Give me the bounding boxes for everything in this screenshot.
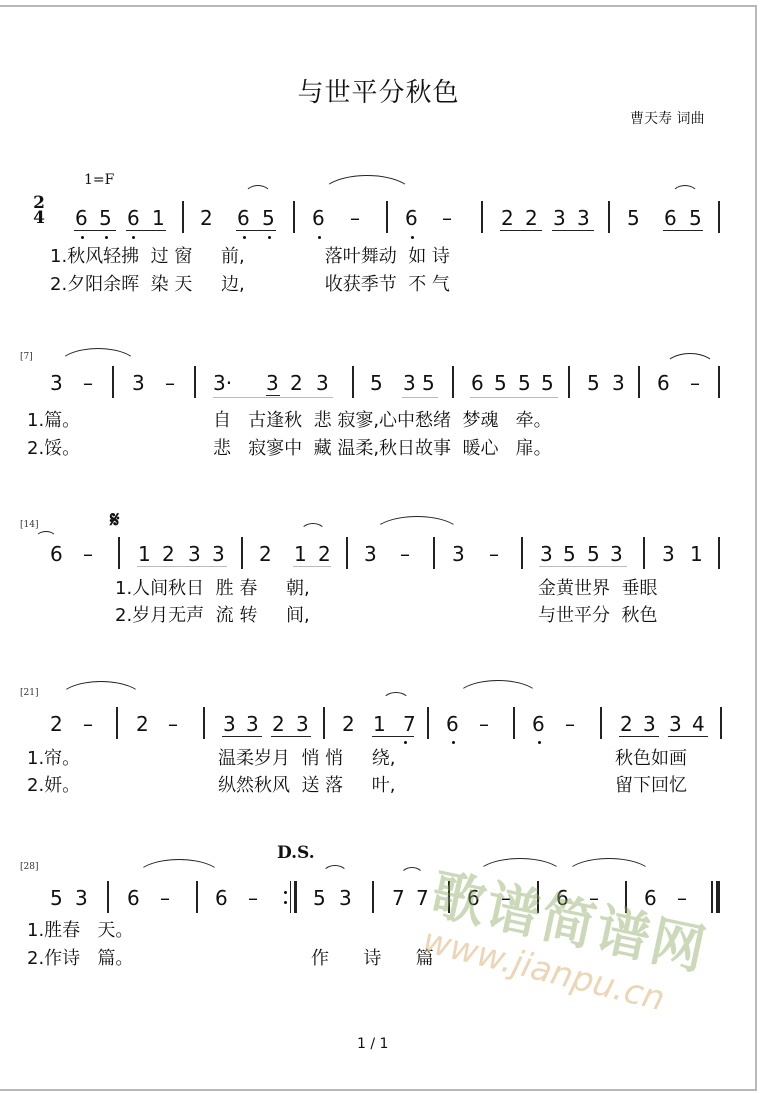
note: 6 — [471, 372, 484, 394]
note: 3 — [669, 713, 682, 735]
barline — [118, 537, 120, 569]
lyric-verse-2: 2.妍。 — [27, 775, 80, 797]
beam — [222, 736, 262, 737]
note: 3 — [540, 543, 553, 565]
barline — [427, 707, 429, 739]
barline — [203, 707, 205, 739]
note: 5 — [99, 207, 112, 229]
note: 5 — [689, 207, 702, 229]
lyric-verse-2-cont: 悲 寂寥中 藏 温柔,秋日故事 暖心 扉。 — [213, 438, 552, 460]
note: 6 — [127, 887, 140, 909]
lyric-verse-2-cont: 与世平分 秋色 — [538, 605, 657, 627]
note: 3 — [188, 543, 201, 565]
note: 5 — [313, 887, 326, 909]
low-octave-dot — [132, 236, 135, 239]
repeat-dot — [284, 891, 287, 894]
note: 2 — [200, 207, 213, 229]
note: 3 — [132, 372, 145, 394]
note: 3 — [643, 713, 656, 735]
lyric-verse-2-end: 留下回忆 — [615, 775, 687, 797]
low-octave-dot — [404, 741, 407, 744]
note: 2 — [620, 713, 633, 735]
beam — [137, 566, 227, 567]
low-octave-dot — [452, 741, 455, 744]
note: – — [350, 207, 360, 229]
note: 6 — [405, 207, 418, 229]
lyric-verse-2: 2.馁。 — [27, 438, 80, 460]
repeat-barline-thin — [290, 881, 291, 913]
note: 3 — [223, 713, 236, 735]
note: 5 — [262, 207, 275, 229]
dal-segno-mark: D.S. — [277, 843, 315, 863]
barline — [182, 201, 184, 233]
lyric-verse-1: 1.人间秋日 胜 春 朝, — [115, 578, 310, 600]
note: 3 — [553, 207, 566, 229]
segno-sign: 𝄋 — [110, 507, 119, 533]
note: 2 — [318, 543, 331, 565]
barline — [600, 707, 602, 739]
note: 7 — [403, 713, 416, 735]
lyric-verse-1: 1.胜春 天。 — [27, 920, 133, 942]
barline — [196, 881, 198, 913]
note: 3 — [212, 543, 225, 565]
beam — [663, 230, 703, 231]
note: 4 — [692, 713, 705, 735]
note: 5 — [587, 372, 600, 394]
measure-number: [14] — [20, 520, 38, 530]
barline — [638, 366, 640, 398]
note: 2 — [525, 207, 538, 229]
low-octave-dot — [105, 236, 108, 239]
beam — [74, 230, 116, 231]
beam — [266, 395, 280, 396]
note: 6 — [127, 207, 140, 229]
lyric-verse-1: 1.帘。 — [27, 748, 80, 770]
beam — [539, 566, 627, 567]
note: 3 — [339, 887, 352, 909]
beam — [619, 736, 659, 737]
note: 5 — [541, 372, 554, 394]
note: 5 — [370, 372, 383, 394]
barline — [718, 366, 720, 398]
barline — [241, 537, 243, 569]
lyric-verse-1: 1.秋风轻拂 过 窗 前, 落叶舞动 如 诗 — [50, 246, 450, 268]
note: 5 — [518, 372, 531, 394]
note: 1 — [373, 713, 386, 735]
barline — [720, 707, 722, 739]
beam — [500, 230, 542, 231]
note: 5 — [587, 543, 600, 565]
lyric-verse-2-cont: 纵然秋风 送 落 叶, — [218, 775, 396, 797]
note: 3 — [296, 713, 309, 735]
note: – — [165, 372, 175, 394]
low-octave-dot — [268, 236, 271, 239]
barline — [513, 707, 515, 739]
key-signature: 1=F — [84, 172, 114, 188]
barline — [718, 537, 720, 569]
note: 3 — [452, 543, 465, 565]
barline — [372, 881, 374, 913]
note: – — [489, 543, 499, 565]
note: – — [83, 543, 93, 565]
note: – — [565, 713, 575, 735]
barline — [346, 537, 348, 569]
note: 7 — [416, 887, 429, 909]
repeat-dot — [284, 901, 287, 904]
beam — [668, 736, 708, 737]
low-octave-dot — [318, 236, 321, 239]
low-octave-dot — [81, 236, 84, 239]
barline — [568, 366, 570, 398]
note: 6 — [532, 713, 545, 735]
note: 5 — [494, 372, 507, 394]
note: – — [442, 207, 452, 229]
note: – — [83, 713, 93, 735]
barline — [452, 366, 454, 398]
note: 3 — [75, 887, 88, 909]
note: 3· — [213, 372, 232, 394]
barline — [116, 707, 118, 739]
low-octave-dot — [538, 741, 541, 744]
note: 7 — [392, 887, 405, 909]
lyric-verse-2: 2.岁月无声 流 转 间, — [115, 605, 310, 627]
lyric-verse-2: 2.作诗 篇。 — [27, 948, 133, 970]
note: 1 — [138, 543, 151, 565]
note: 3 — [403, 372, 416, 394]
barline — [323, 707, 325, 739]
barline — [194, 366, 196, 398]
final-barline-thick — [716, 881, 720, 913]
note: – — [83, 372, 93, 394]
beam — [293, 566, 331, 567]
barline — [643, 537, 645, 569]
beam — [402, 397, 438, 398]
song-title: 与世平分秋色 — [0, 72, 757, 109]
note: 1 — [690, 543, 703, 565]
low-octave-dot — [411, 236, 414, 239]
note: 2 — [290, 372, 303, 394]
note: 6 — [664, 207, 677, 229]
note: 2 — [501, 207, 514, 229]
note: – — [400, 543, 410, 565]
note: 3 — [612, 372, 625, 394]
note: – — [248, 887, 258, 909]
repeat-barline-thick — [294, 881, 297, 913]
measure-number: [28] — [20, 862, 38, 872]
note: 3 — [316, 372, 329, 394]
note: – — [160, 887, 170, 909]
page-number: 1 / 1 — [357, 1036, 388, 1052]
measure-number: [7] — [20, 352, 33, 362]
note: 3 — [610, 543, 623, 565]
measure-number: [21] — [20, 688, 38, 698]
note: 3 — [577, 207, 590, 229]
note: 2 — [136, 713, 149, 735]
note: 6 — [657, 372, 670, 394]
note: 2 — [272, 713, 285, 735]
beam — [372, 736, 414, 737]
note: 6 — [215, 887, 228, 909]
note: 6 — [446, 713, 459, 735]
barline — [521, 537, 523, 569]
beam — [126, 230, 166, 231]
lyric-verse-1-end: 秋色如画 — [615, 748, 687, 770]
note: – — [690, 372, 700, 394]
note: 6 — [75, 207, 88, 229]
note: 3 — [364, 543, 377, 565]
barline — [112, 366, 114, 398]
note: 2 — [50, 713, 63, 735]
lyric-verse-1-cont: 温柔岁月 悄 悄 绕, — [218, 748, 396, 770]
note: 2 — [259, 543, 272, 565]
note: 3 — [246, 713, 259, 735]
barline — [608, 201, 610, 233]
note: 3 — [266, 372, 279, 394]
note: 5 — [50, 887, 63, 909]
note: 5 — [627, 207, 640, 229]
note: – — [479, 713, 489, 735]
barline — [107, 881, 109, 913]
beam — [470, 397, 558, 398]
beam — [236, 230, 276, 231]
beam — [213, 397, 333, 398]
note: 1 — [294, 543, 307, 565]
note: 3 — [50, 372, 63, 394]
barline — [386, 201, 388, 233]
beam — [271, 736, 311, 737]
note: – — [168, 713, 178, 735]
note: 3 — [662, 543, 675, 565]
note: 2 — [162, 543, 175, 565]
barline — [433, 537, 435, 569]
lyric-verse-1: 1.篇。 — [27, 410, 80, 432]
barline — [293, 201, 295, 233]
note: 6 — [50, 543, 63, 565]
author-credit: 曹天寿 词曲 — [630, 108, 704, 128]
note: 1 — [152, 207, 165, 229]
barline — [352, 366, 354, 398]
note: 5 — [422, 372, 435, 394]
lyric-verse-2-coda: 作 诗 篇 — [311, 948, 434, 970]
note: 5 — [563, 543, 576, 565]
note: 6 — [312, 207, 325, 229]
barline — [718, 201, 720, 233]
low-octave-dot — [243, 236, 246, 239]
note: 6 — [237, 207, 250, 229]
lyric-verse-1-cont: 自 古逢秋 悲 寂寥,心中愁绪 梦魂 牵。 — [213, 410, 552, 432]
lyric-verse-2: 2.夕阳余晖 染 天 边, 收获季节 不 气 — [50, 274, 450, 296]
time-signature: 2 4 — [32, 196, 46, 226]
lyric-verse-1-cont: 金黄世界 垂眼 — [538, 578, 657, 600]
beam — [552, 230, 594, 231]
note: 2 — [342, 713, 355, 735]
barline — [481, 201, 483, 233]
